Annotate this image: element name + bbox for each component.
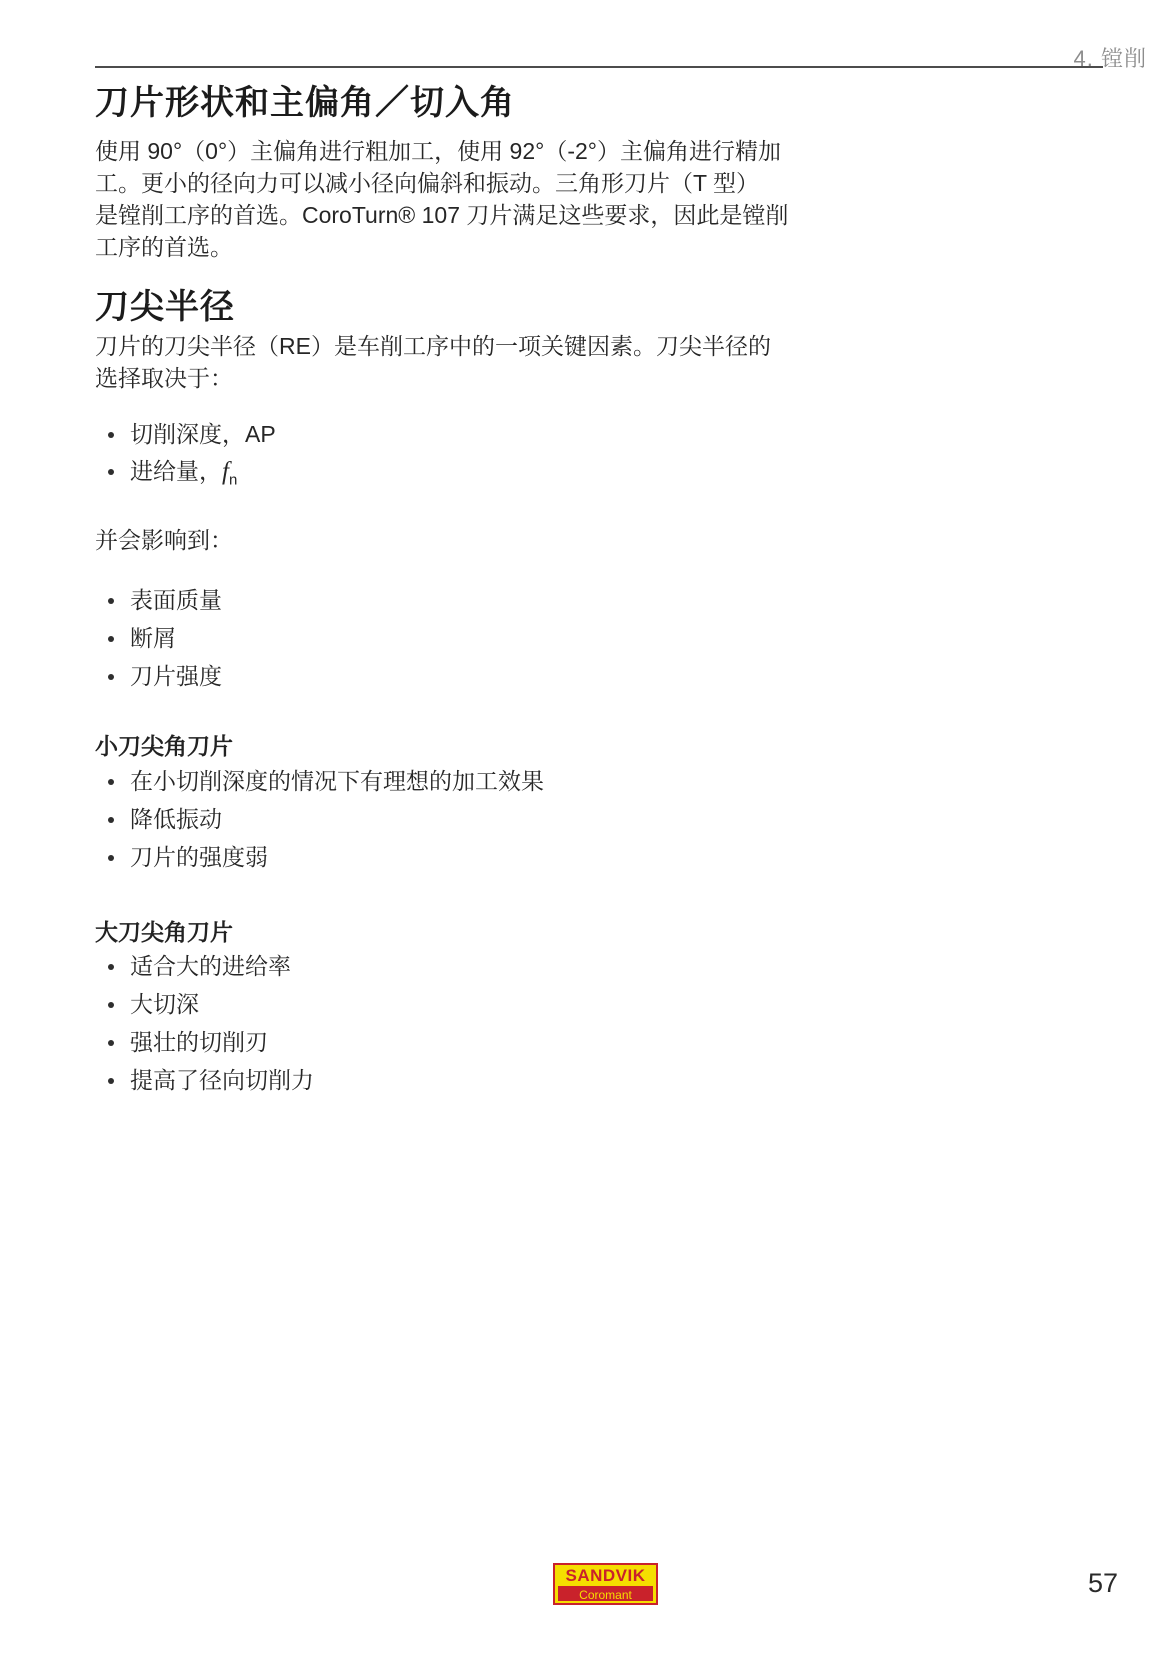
list-item: 在小切削深度的情况下有理想的加工效果 xyxy=(95,770,544,793)
list-item: 刀片的强度弱 xyxy=(95,846,544,869)
small-angle-list: 在小切削深度的情况下有理想的加工效果 降低振动 刀片的强度弱 xyxy=(95,770,544,884)
feed-rate-variable: f xyxy=(222,458,229,485)
list-item: 降低振动 xyxy=(95,808,544,831)
feed-rate-subscript: n xyxy=(229,472,237,489)
section-title-insert-shape: 刀片形状和主偏角／切入角 xyxy=(95,84,515,122)
list-item-text: 切削深度，AP xyxy=(130,421,276,447)
list-item: 大切深 xyxy=(95,993,314,1016)
paragraph-insert-shape: 使用 90°（0°）主偏角进行粗加工，使用 92°（-2°）主偏角进行精加 工。… xyxy=(95,135,788,263)
document-page: 4. 镗削 刀片形状和主偏角／切入角 使用 90°（0°）主偏角进行粗加工，使用… xyxy=(0,0,1165,1654)
logo-subbrand-text: Coromant xyxy=(579,1588,632,1603)
list-item-text: 刀片强度 xyxy=(130,663,222,689)
list-item-text: 强壮的切削刃 xyxy=(130,1029,268,1055)
list-item: 刀片强度 xyxy=(95,665,222,688)
paragraph-line: 工序的首选。 xyxy=(95,231,788,263)
depends-list: 切削深度，AP 进给量，fn xyxy=(95,423,276,497)
list-item-text: 刀片的强度弱 xyxy=(130,844,268,870)
logo-subbrand-band: Coromant xyxy=(558,1586,653,1601)
list-item-text: 提高了径向切削力 xyxy=(130,1067,314,1093)
list-item: 强壮的切削刃 xyxy=(95,1031,314,1054)
page-number: 57 xyxy=(1088,1568,1118,1599)
affects-label: 并会影响到： xyxy=(95,528,233,552)
sandvik-coromant-logo: SANDVIK Coromant xyxy=(553,1563,658,1605)
subsection-title-large-angle: 大刀尖角刀片 xyxy=(95,919,233,945)
list-item-text: 适合大的进给率 xyxy=(130,953,291,979)
list-item-text: 表面质量 xyxy=(130,587,222,613)
logo-brand-text: SANDVIK xyxy=(555,1565,656,1586)
list-item-text: 在小切削深度的情况下有理想的加工效果 xyxy=(130,768,544,794)
list-item: 提高了径向切削力 xyxy=(95,1069,314,1092)
list-item: 进给量，fn xyxy=(95,460,276,483)
section-title-nose-radius: 刀尖半径 xyxy=(95,288,235,326)
subsection-title-small-angle: 小刀尖角刀片 xyxy=(95,733,233,759)
list-item: 表面质量 xyxy=(95,589,222,612)
list-item: 断屑 xyxy=(95,627,222,650)
list-item-text: 断屑 xyxy=(130,625,176,651)
paragraph-line: 是镗削工序的首选。CoroTurn® 107 刀片满足这些要求，因此是镗削 xyxy=(95,199,788,231)
chapter-label: 4. 镗削 xyxy=(1074,42,1147,73)
paragraph-line: 刀片的刀尖半径（RE）是车削工序中的一项关键因素。刀尖半径的 xyxy=(95,330,771,362)
paragraph-line: 使用 90°（0°）主偏角进行粗加工，使用 92°（-2°）主偏角进行精加 xyxy=(95,135,788,167)
list-item-text: 进给量， xyxy=(130,458,222,484)
list-item-text: 大切深 xyxy=(130,991,199,1017)
large-angle-list: 适合大的进给率 大切深 强壮的切削刃 提高了径向切削力 xyxy=(95,955,314,1107)
header-rule xyxy=(95,66,1103,68)
paragraph-line: 选择取决于： xyxy=(95,362,771,394)
paragraph-nose-radius: 刀片的刀尖半径（RE）是车削工序中的一项关键因素。刀尖半径的 选择取决于： xyxy=(95,330,771,394)
affects-list: 表面质量 断屑 刀片强度 xyxy=(95,589,222,703)
list-item-text: 降低振动 xyxy=(130,806,222,832)
list-item: 切削深度，AP xyxy=(95,423,276,446)
paragraph-line: 工。更小的径向力可以减小径向偏斜和振动。三角形刀片（T 型） xyxy=(95,167,788,199)
list-item: 适合大的进给率 xyxy=(95,955,314,978)
